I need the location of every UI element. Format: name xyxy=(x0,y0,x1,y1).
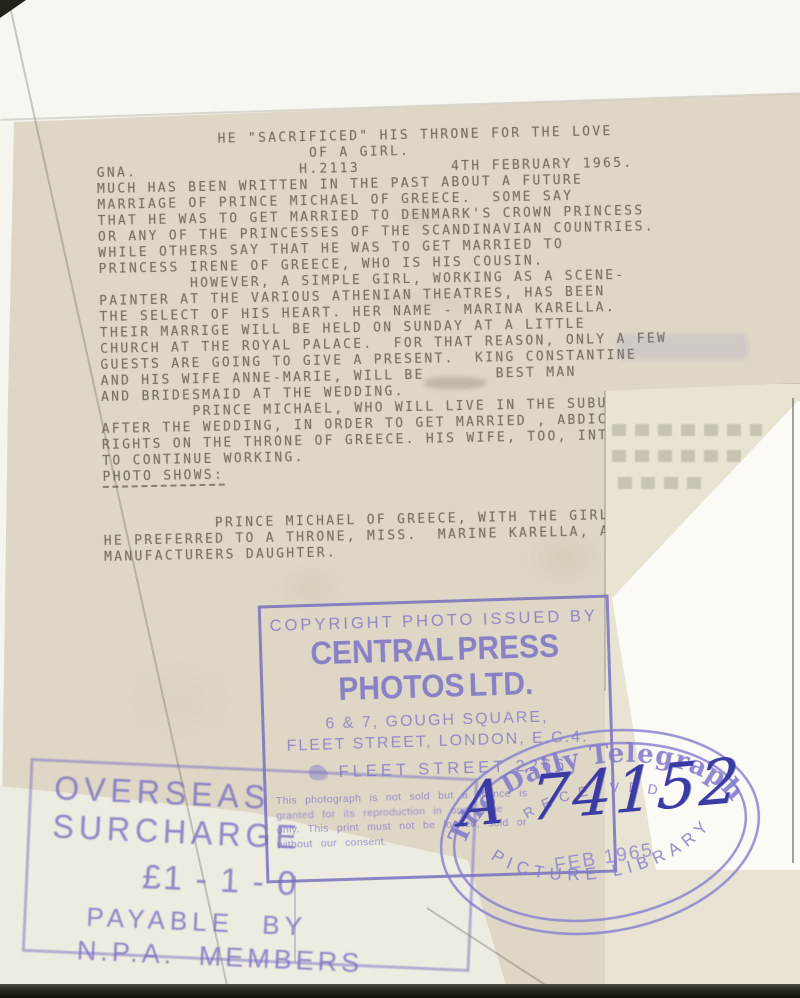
ghost-text-impression xyxy=(618,477,710,489)
ghost-mark xyxy=(618,334,748,360)
dark-bottom-edge xyxy=(0,984,800,998)
press-photo-verso: { "colors": { "paper_cream": "#ded7c6", … xyxy=(0,0,800,998)
copyright-stamp-company: CENTRAL PRESS PHOTOS LTD. xyxy=(262,627,609,711)
paper-edge-line xyxy=(792,398,794,863)
overseas-surcharge-stamp: OVERSEAS SURCHARGE £1 - 1 - 0 PAYABLE BY… xyxy=(22,758,478,972)
typed-smudge xyxy=(424,377,486,389)
ghost-text-impression xyxy=(612,424,762,436)
ghost-text-impression xyxy=(612,450,750,462)
